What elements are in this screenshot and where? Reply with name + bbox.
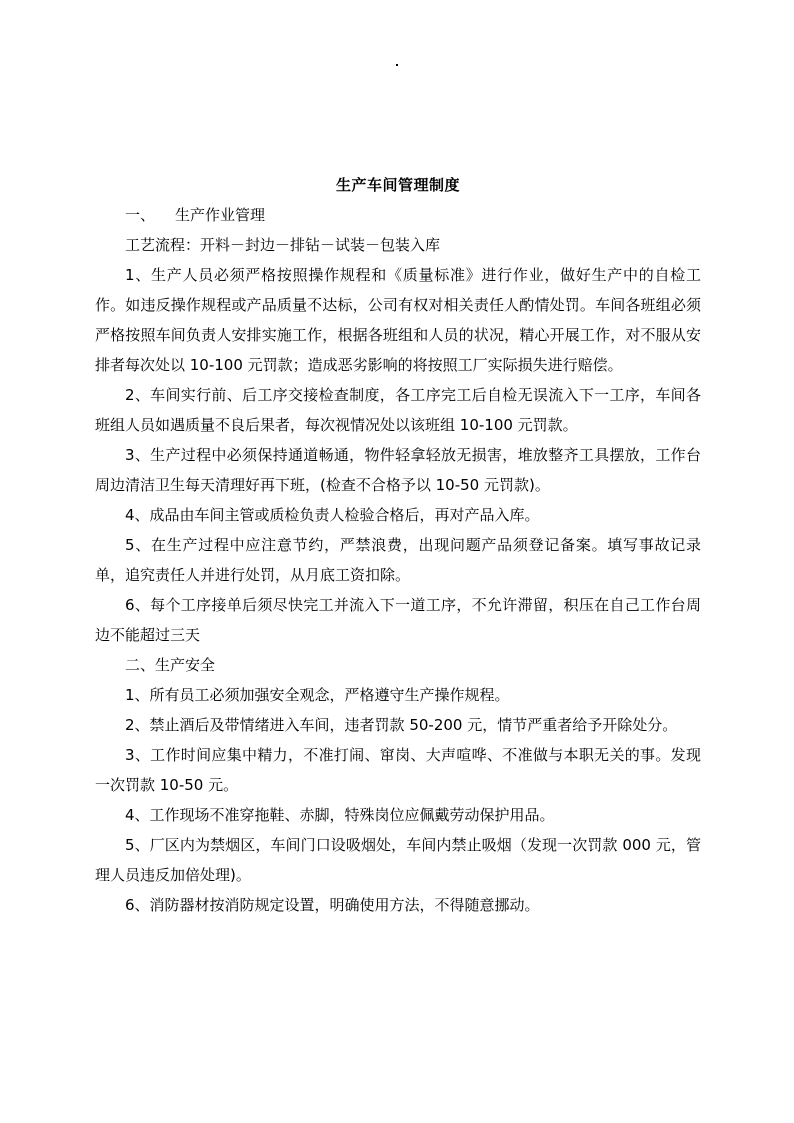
- section-1-title: 生产作业管理: [175, 206, 265, 224]
- section-2-item-6: 6、消防器材按消防规定设置，明确使用方法，不得随意挪动。: [95, 890, 701, 920]
- section-1-item-6: 6、每个工序接单后须尽快完工并流入下一道工序，不允许滞留，积压在自己工作台周边不…: [95, 590, 701, 650]
- section-2-item-1: 1、所有员工必须加强安全观念，严格遵守生产操作规程。: [95, 680, 701, 710]
- section-1-item-1: 1、生产人员必须严格按照操作规程和《质量标准》进行作业，做好生产中的自检工作。如…: [95, 260, 701, 380]
- section-1-number: 一、: [125, 200, 175, 230]
- section-1-item-5: 5、在生产过程中应注意节约，严禁浪费，出现问题产品须登记备案。填写事故记录单，追…: [95, 530, 701, 590]
- section-1-item-2: 2、车间实行前、后工序交接检查制度，各工序完工后自检无误流入下一工序，车间各班组…: [95, 380, 701, 440]
- section-2-heading: 二、生产安全: [95, 650, 701, 680]
- section-1-item-3: 3、生产过程中必须保持通道畅通，物件轻拿轻放无损害，堆放整齐工具摆放，工作台周边…: [95, 440, 701, 500]
- section-1-item-4: 4、成品由车间主管或质检负责人检验合格后，再对产品入库。: [95, 500, 701, 530]
- section-2-item-3: 3、工作时间应集中精力，不准打闹、窜岗、大声喧哗、不准做与本职无关的事。发现一次…: [95, 740, 701, 800]
- document-page: 生产车间管理制度 一、生产作业管理 工艺流程：开料－封边－排钻－试装－包装入库 …: [0, 0, 794, 1123]
- section-2-item-4: 4、工作现场不准穿拖鞋、赤脚，特殊岗位应佩戴劳动保护用品。: [95, 800, 701, 830]
- section-2-item-5: 5、厂区内为禁烟区，车间门口设吸烟处，车间内禁止吸烟（发现一次罚款 000 元，…: [95, 830, 701, 890]
- document-title: 生产车间管理制度: [95, 170, 701, 200]
- document-body: 生产车间管理制度 一、生产作业管理 工艺流程：开料－封边－排钻－试装－包装入库 …: [95, 170, 701, 920]
- header-marker: [396, 64, 398, 66]
- process-flow: 工艺流程：开料－封边－排钻－试装－包装入库: [95, 230, 701, 260]
- section-1-heading: 一、生产作业管理: [95, 200, 701, 230]
- section-2-item-2: 2、禁止酒后及带情绪进入车间，违者罚款 50-200 元，情节严重者给予开除处分…: [95, 710, 701, 740]
